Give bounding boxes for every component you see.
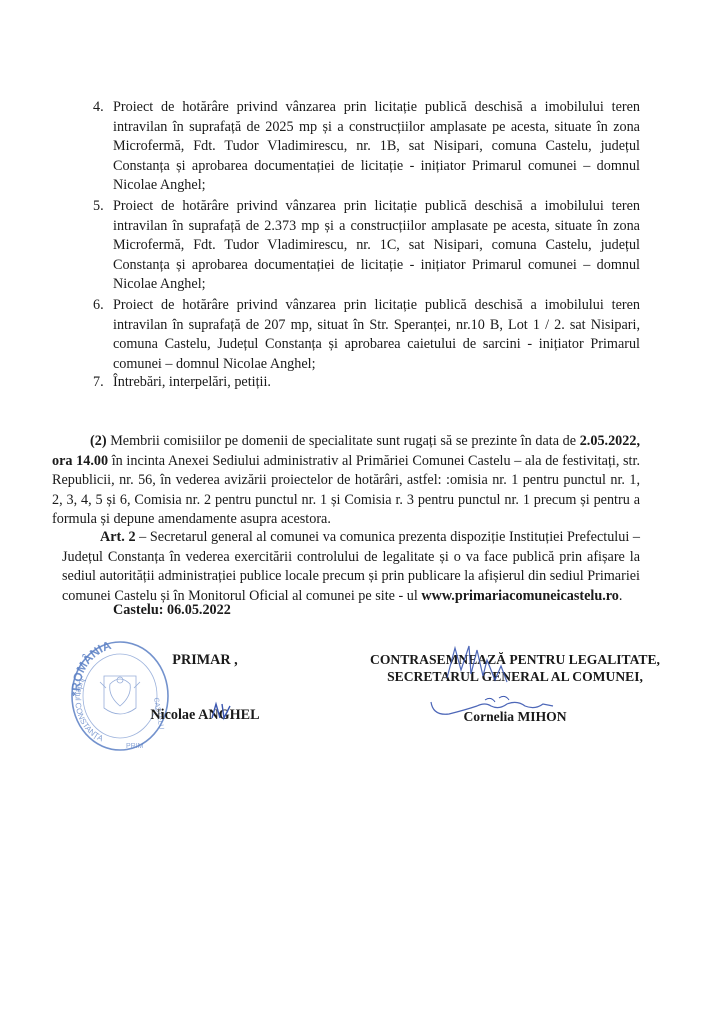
document-page: 4. Proiect de hotărâre privind vânzarea … <box>0 0 725 1024</box>
paragraph-label: (2) <box>90 433 107 449</box>
item-number: 4. <box>93 98 104 118</box>
paragraph-rest: în incinta Anexei Sediului administrativ… <box>52 453 640 528</box>
item-text: Proiect de hotărâre privind vânzarea pri… <box>113 197 640 295</box>
item-text: Proiect de hotărâre privind vânzarea pri… <box>113 98 640 196</box>
paragraph-intro: Membrii comisiilor pe domenii de special… <box>107 433 580 449</box>
article-2: Art. 2 – Secretarul general al comunei v… <box>62 528 640 606</box>
svg-text:PRIM: PRIM <box>126 743 144 750</box>
item-number: 7. <box>93 373 104 393</box>
agenda-item-4: 4. Proiect de hotărâre privind vânzarea … <box>113 98 640 196</box>
mayor-title: PRIMAR , <box>140 652 270 669</box>
place-date: Castelu: 06.05.2022 <box>113 602 231 619</box>
article-end: . <box>619 588 623 604</box>
item-number: 5. <box>93 197 104 217</box>
agenda-item-6: 6. Proiect de hotărâre privind vânzarea … <box>113 296 640 374</box>
item-text: Proiect de hotărâre privind vânzarea pri… <box>113 296 640 374</box>
article-label: Art. 2 <box>100 529 136 545</box>
item-text: Întrebări, interpelări, petiții. <box>113 373 640 393</box>
mayor-signature-block: PRIMAR , Nicolae ANGHEL <box>140 652 270 724</box>
secretary-signature-block: CONTRASEMNEAZĂ PENTRU LEGALITATE, SECRET… <box>330 651 700 725</box>
countersign-line-2: SECRETARUL GENERAL AL COMUNEI, <box>330 668 700 685</box>
svg-text:Județul CONSTANȚA: Județul CONSTANȚA <box>73 675 105 744</box>
countersign-line-1: CONTRASEMNEAZĂ PENTRU LEGALITATE, <box>330 651 700 668</box>
secretary-name: Cornelia MIHON <box>330 708 700 725</box>
paragraph-2: (2) Membrii comisiilor pe domenii de spe… <box>52 432 640 530</box>
website-link[interactable]: www.primariacomuneicastelu.ro <box>421 588 619 604</box>
agenda-item-7: 7. Întrebări, interpelări, petiții. <box>113 373 640 393</box>
mayor-name: Nicolae ANGHEL <box>140 707 270 724</box>
item-number: 6. <box>93 296 104 316</box>
agenda-item-5: 5. Proiect de hotărâre privind vânzarea … <box>113 197 640 295</box>
